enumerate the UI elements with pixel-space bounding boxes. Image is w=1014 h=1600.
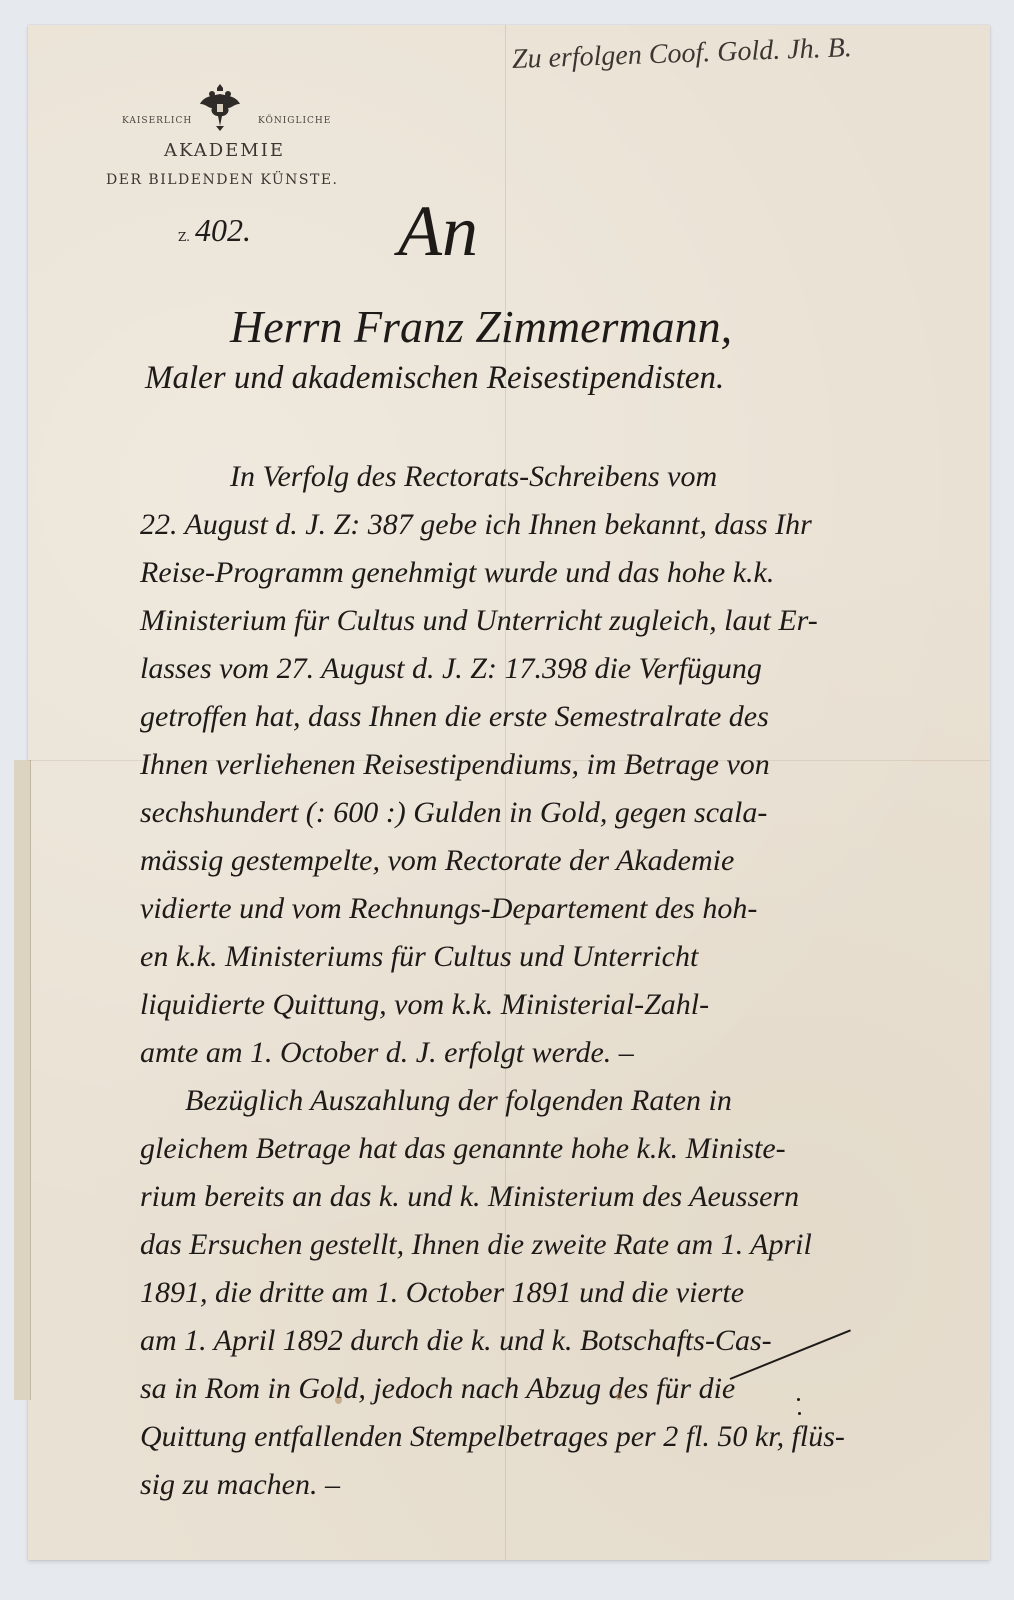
body-line: rium bereits an das k. und k. Ministeriu…: [140, 1180, 799, 1214]
addressee-name: Herrn Franz Zimmermann,: [230, 300, 732, 353]
letterhead-institution: AKADEMIE: [164, 140, 285, 161]
body-line: sa in Rom in Gold, jedoch nach Abzug des…: [140, 1372, 735, 1406]
body-line: Quittung entfallenden Stempelbetrages pe…: [140, 1420, 845, 1454]
body-line: gleichem Betrage hat das genannte hohe k…: [140, 1132, 786, 1166]
letterhead-koenigliche: KÖNIGLICHE: [258, 116, 331, 126]
closing-dot: [797, 1398, 800, 1401]
closing-dot: [798, 1412, 801, 1415]
body-line: sig zu machen. –: [140, 1468, 340, 1502]
body-line: sechshundert (: 600 :) Gulden in Gold, g…: [140, 796, 767, 830]
foxing-spot: [335, 1396, 342, 1404]
body-line: lasses vom 27. August d. J. Z: 17.398 di…: [140, 652, 762, 686]
reference-number: Z. 402.: [178, 212, 251, 249]
foxing-spot: [616, 1393, 622, 1400]
body-line: vidierte und vom Rechnungs-Departement d…: [140, 892, 757, 926]
salutation: An: [398, 190, 478, 273]
body-line: mässig gestempelte, vom Rectorate der Ak…: [140, 844, 734, 878]
body-line: Bezüglich Auszahlung der folgenden Raten…: [185, 1084, 732, 1118]
addressee-title: Maler und akademischen Reisestipendisten…: [145, 360, 724, 397]
body-line: liquidierte Quittung, vom k.k. Ministeri…: [140, 988, 709, 1022]
letterhead-subtitle: DER BILDENDEN KÜNSTE.: [106, 172, 339, 188]
body-line: das Ersuchen gestellt, Ihnen die zweite …: [140, 1228, 812, 1262]
body-line: Reise-Programm genehmigt wurde und das h…: [140, 556, 774, 590]
body-line: amte am 1. October d. J. erfolgt werde. …: [140, 1036, 634, 1070]
body-line: Ministerium für Cultus und Unterricht zu…: [140, 604, 818, 638]
body-line: getroffen hat, dass Ihnen die erste Seme…: [140, 700, 769, 734]
double-headed-eagle-icon: [198, 82, 242, 132]
body-line: en k.k. Ministeriums für Cultus und Unte…: [140, 940, 698, 974]
body-line: Ihnen verliehenen Reisestipendiums, im B…: [140, 748, 770, 782]
reference-value: 402.: [195, 212, 251, 248]
body-line: In Verfolg des Rectorats-Schreibens vom: [230, 460, 717, 494]
underlying-sheet-edge: [14, 760, 31, 1400]
body-line: am 1. April 1892 durch die k. und k. Bot…: [140, 1324, 772, 1358]
body-line: 22. August d. J. Z: 387 gebe ich Ihnen b…: [140, 508, 812, 542]
body-line: 1891, die dritte am 1. October 1891 und …: [140, 1276, 744, 1310]
letterhead-kaiserlich: KAISERLICH: [122, 116, 192, 126]
reference-prefix: Z.: [178, 230, 190, 244]
